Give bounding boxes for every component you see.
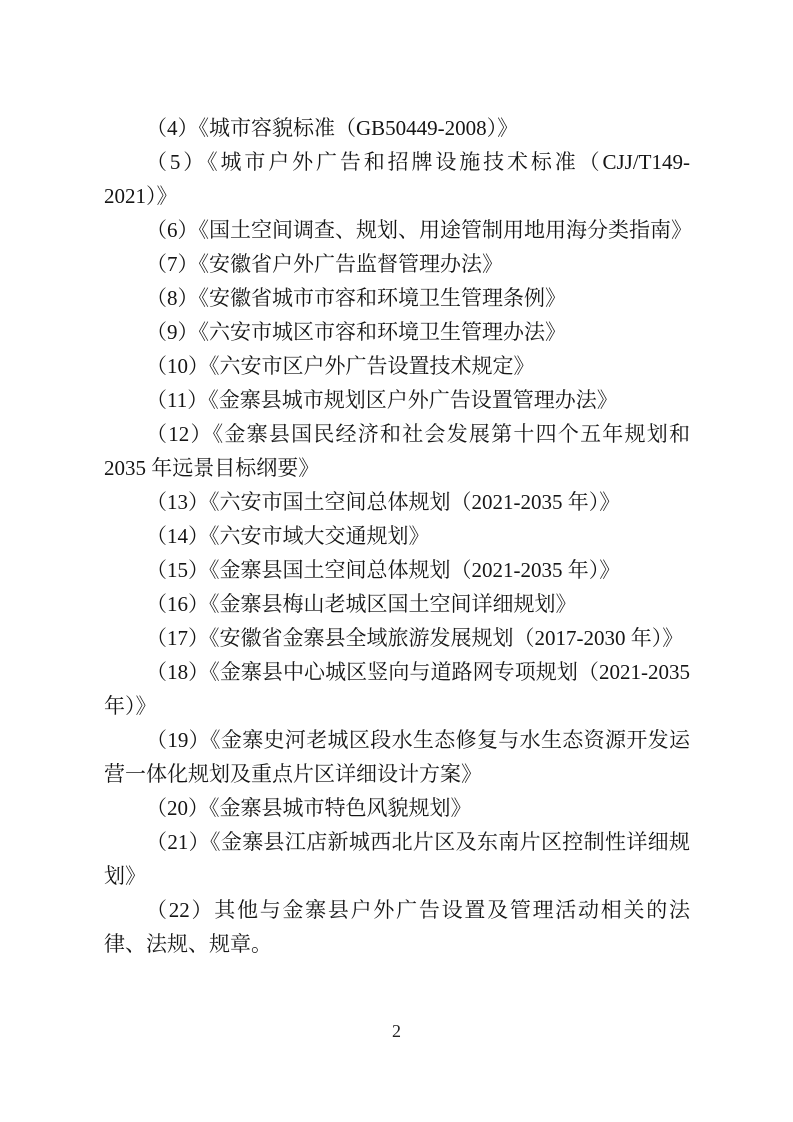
list-item: （12）《金寨县国民经济和社会发展第十四个五年规划和 2035 年远景目标纲要》: [104, 417, 690, 485]
list-item: （11）《金寨县城市规划区户外广告设置管理办法》: [104, 383, 690, 417]
list-item: （6）《国土空间调查、规划、用途管制用地用海分类指南》: [104, 213, 690, 247]
list-item: （7）《安徽省户外广告监督管理办法》: [104, 247, 690, 281]
document-body: （4）《城市容貌标准（GB50449-2008）》 （5）《城市户外广告和招牌设…: [104, 111, 690, 961]
list-item: （10）《六安市区户外广告设置技术规定》: [104, 349, 690, 383]
list-item: （14）《六安市域大交通规划》: [104, 519, 690, 553]
list-item: （19）《金寨史河老城区段水生态修复与水生态资源开发运营一体化规划及重点片区详细…: [104, 723, 690, 791]
list-item: （5）《城市户外广告和招牌设施技术标准（CJJ/T149-2021）》: [104, 145, 690, 213]
list-item: （21）《金寨县江店新城西北片区及东南片区控制性详细规划》: [104, 825, 690, 893]
list-item: （15）《金寨县国土空间总体规划（2021-2035 年）》: [104, 553, 690, 587]
list-item: （8）《安徽省城市市容和环境卫生管理条例》: [104, 281, 690, 315]
list-item: （13）《六安市国土空间总体规划（2021-2035 年）》: [104, 485, 690, 519]
list-item: （18）《金寨县中心城区竖向与道路网专项规划（2021-2035 年）》: [104, 655, 690, 723]
list-item: （9）《六安市城区市容和环境卫生管理办法》: [104, 315, 690, 349]
list-item: （17）《安徽省金寨县全域旅游发展规划（2017-2030 年）》: [104, 621, 690, 655]
list-item: （22）其他与金寨县户外广告设置及管理活动相关的法律、法规、规章。: [104, 893, 690, 961]
list-item: （16）《金寨县梅山老城区国土空间详细规划》: [104, 587, 690, 621]
page-footer: 2: [0, 1020, 793, 1042]
document-page: （4）《城市容貌标准（GB50449-2008）》 （5）《城市户外广告和招牌设…: [0, 0, 793, 1122]
page-number: 2: [392, 1021, 401, 1041]
list-item: （4）《城市容貌标准（GB50449-2008）》: [104, 111, 690, 145]
list-item: （20）《金寨县城市特色风貌规划》: [104, 791, 690, 825]
